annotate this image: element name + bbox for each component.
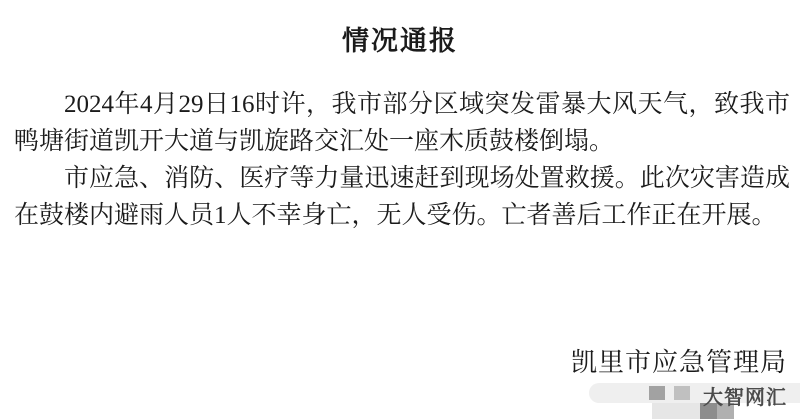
notice-paragraph: 2024年4月29日16时许，我市部分区域突发雷暴大风天气，致我市鸭塘街道凯开大… — [14, 86, 790, 160]
notice-body: 2024年4月29日16时许，我市部分区域突发雷暴大风天气，致我市鸭塘街道凯开大… — [14, 86, 790, 234]
signature-issuing-authority: 凯里市应急管理局 — [571, 342, 787, 379]
notice-paragraph: 市应急、消防、医疗等力量迅速赶到现场处置救援。此次灾害造成在鼓楼内避雨人员1人不… — [14, 160, 790, 234]
notice-document: 情况通报 2024年4月29日16时许，我市部分区域突发雷暴大风天气，致我市鸭塘… — [0, 0, 800, 420]
mosaic-block — [674, 386, 690, 400]
mosaic-block — [649, 386, 665, 400]
notice-title: 情况通报 — [0, 19, 800, 58]
mosaic-block — [652, 403, 700, 419]
watermark-brand-label: 大智网汇 — [703, 381, 787, 410]
